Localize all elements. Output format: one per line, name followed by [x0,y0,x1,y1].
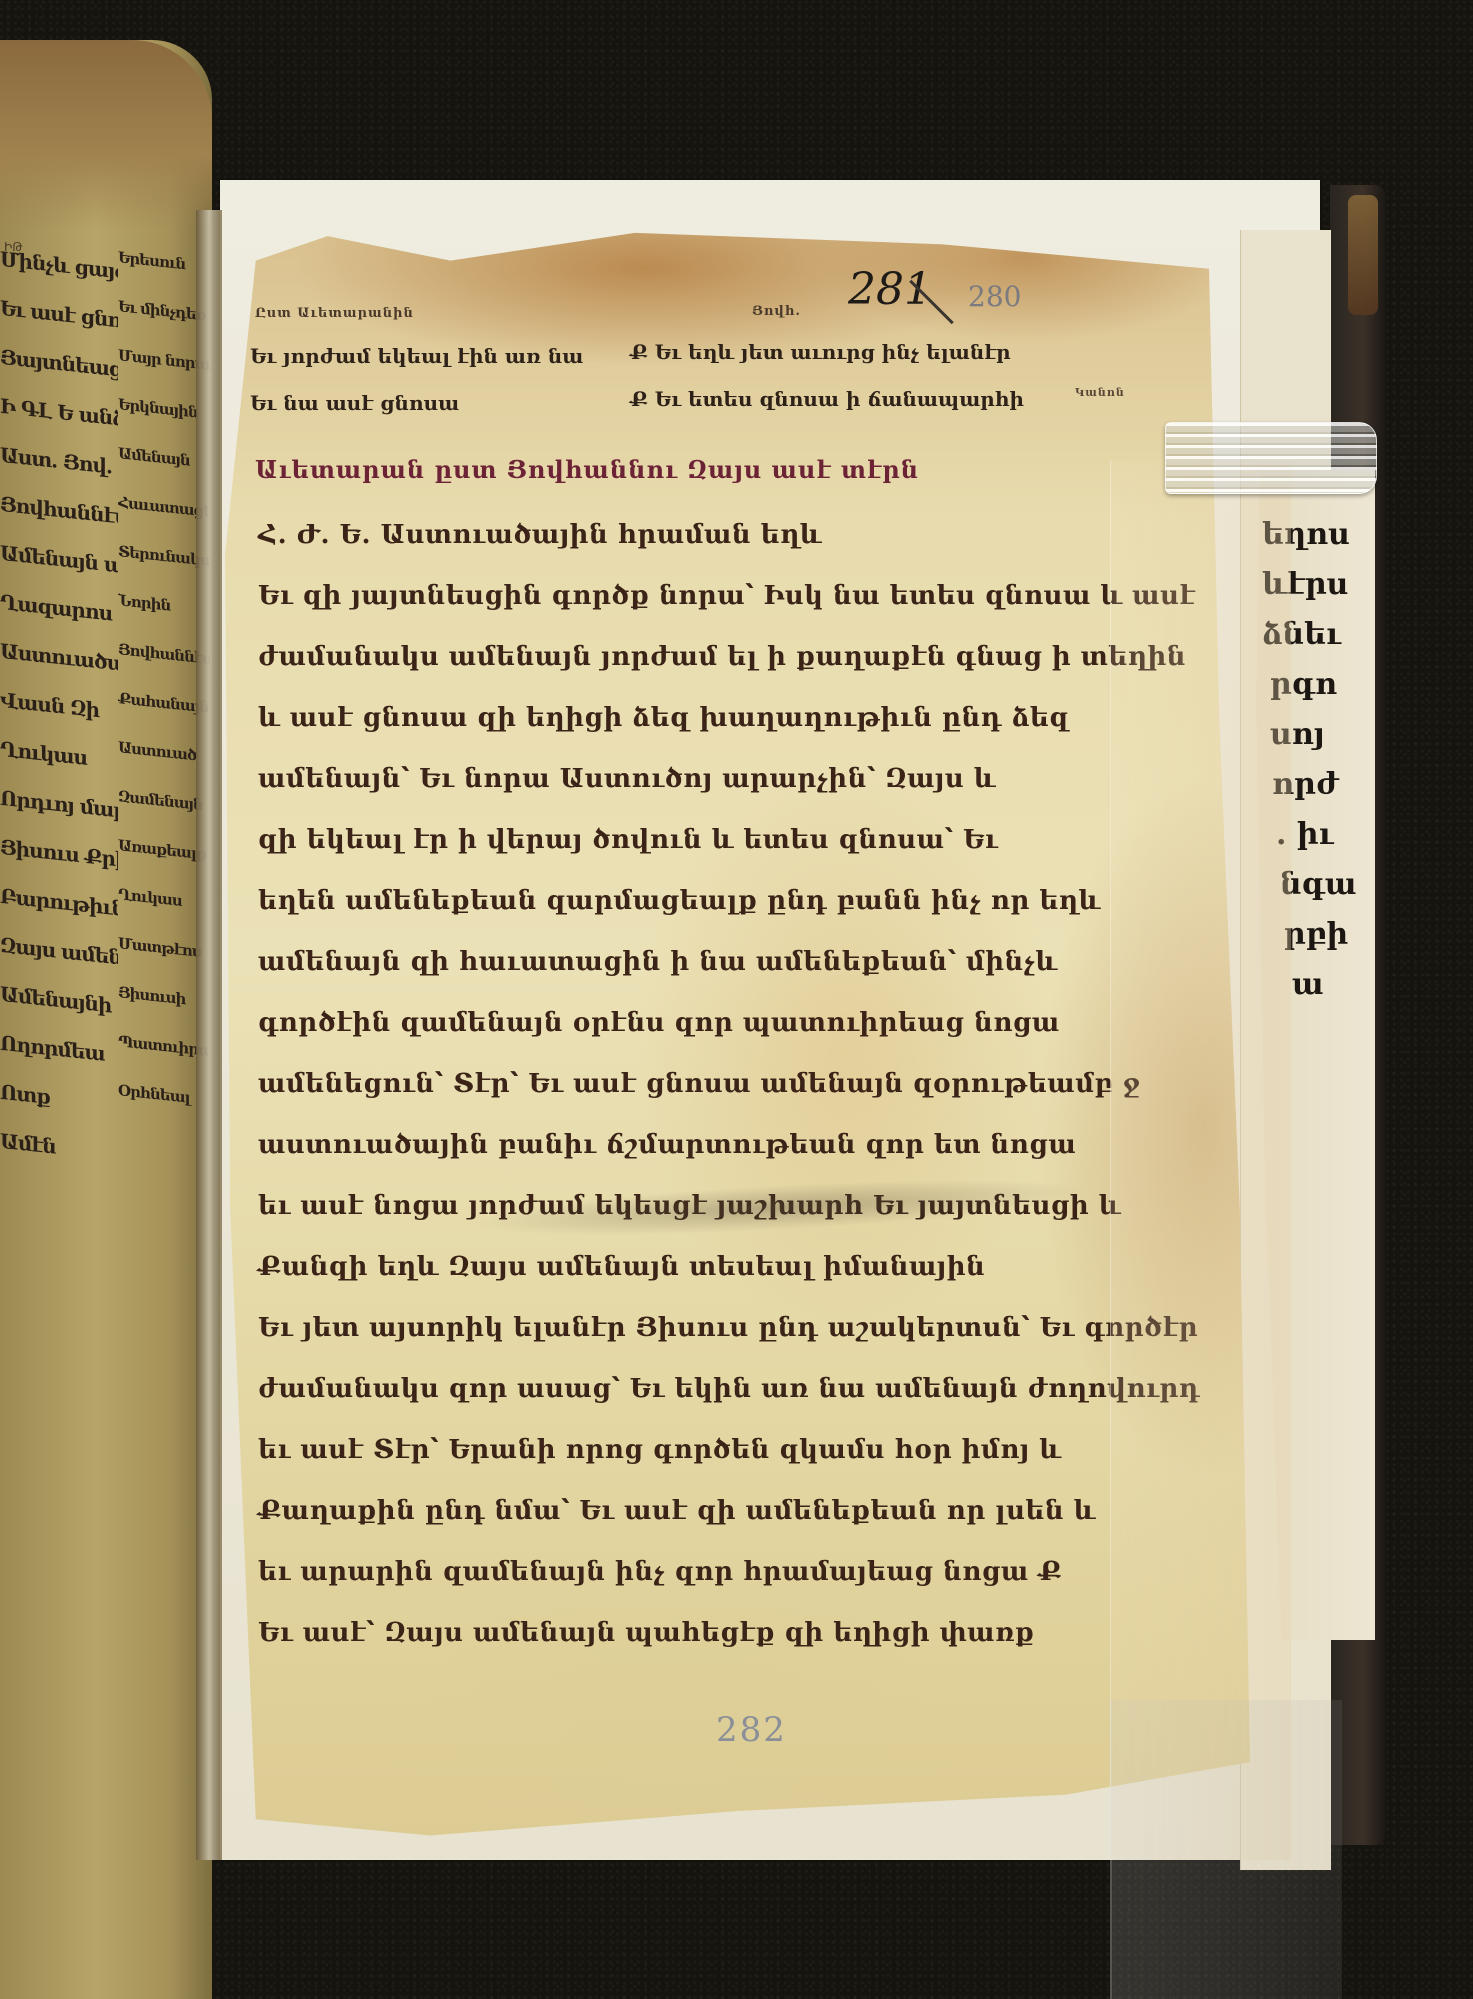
text-line: եւ ասէ Տէր՝ Երանի որոց գործեն զկամս հօր … [258,1435,1078,1496]
text-line: Եւ յորժամ եկեալ էին առ նա [250,344,583,391]
text-line: ամենեցուն՝ Տէր՝ Եւ ասէ ցնոսա ամենայն զօր… [258,1069,1078,1130]
folio-edge-overlay [1110,460,1291,1860]
text-line: գործէին զամենայն օրէնս զոր պատուիրեաց նո… [258,1008,1078,1069]
text-line: եւ արարին զամենայն ինչ զոր հրամայեաց նոց… [258,1557,1078,1618]
damaged-page-edge [0,40,212,230]
glass-weight[interactable] [1165,422,1377,494]
text-line: Ք Եւ ետես զնոսա ի ճանապարհի [630,387,1024,434]
text-line: Հ․ Ժ․ Ե․ Աստուածային հրաման եղև [258,520,1078,581]
marginal-note: Կանոն [1075,386,1125,399]
text-line: Եւ յետ այսորիկ ելանէր Յիսուս ընդ աշակերտ… [258,1313,1078,1374]
text-line: և ասէ ցնոսա զի եղիցի ձեզ խաղաղութիւն ընդ… [258,703,1078,764]
left-facing-page: ԻԹ Մինչև ցայժմ Եւ ասէ ցնոսա Յայտնեաց նոց… [0,40,212,1999]
text-line: ամենայն՝ Եւ նորա Աստուծոյ արարչին՝ Զայս … [258,764,1078,825]
text-line: ժամանակս զոր ասաց՝ Եւ եկին առ նա ամենայն… [258,1374,1078,1435]
text-line: եղեն ամենեքեան զարմացեալք ընդ բանն ինչ ո… [258,886,1078,947]
transparent-film [1110,1700,1342,1999]
text-line: զի եկեալ էր ի վերայ ծովուն և ետես զնոսա՝… [258,825,1078,886]
text-line: ամենայն զի հաւատացին ի նա ամենեքեան՝ մին… [258,947,1078,1008]
bottom-pencil-number: 282 [716,1710,787,1750]
rubric-line: Աւետարան ըստ Յովհաննու Զայս ասէ տէրն [255,455,919,484]
left-page-column-a: Մինչև ցայժմ Եւ ասէ ցնոսա Յայտնեաց նոցա Ի… [0,255,118,1186]
text-line: Քաղաքին ընդ նմա՝ Եւ ասէ զի ամենեքեան որ … [258,1496,1078,1557]
text-line: Եւ զի յայտնեսցին գործք նորա՝ Իսկ նա ետես… [258,581,1078,642]
text-line: Եւ նա ասէ ցնոսա [250,391,583,438]
top-column-b: Ք Եւ եղև յետ աւուրց ինչ ելանէր Ք Եւ ետես… [630,340,1024,434]
text-line: Եւ ասէ՝ Զայս ամենայն պահեցէք զի եղիցի փա… [258,1618,1078,1679]
text-line: ժամանակս ամենայն յորժամ ել ի քաղաքէն գնա… [258,642,1078,703]
frayed-cover-corner [1348,195,1378,315]
main-text-block: Հ․ Ժ․ Ե․ Աստուածային հրաման եղև Եւ զի յա… [258,520,1078,1679]
top-column-a: Եւ յորժամ եկեալ էին առ նա Եւ նա ասէ ցնոս… [250,344,583,438]
folio-number-old: 280 [968,280,1021,313]
running-header-mid: Յովհ․ [752,304,801,319]
book-gutter [196,210,222,1860]
text-line: Ք Եւ եղև յետ աւուրց ինչ ելանէր [630,340,1024,387]
running-header-left: Ըստ Աւետարանին [255,306,414,321]
text-line: Քանզի եղև Զայս ամենայն տեսեալ իմանային [258,1252,1078,1313]
